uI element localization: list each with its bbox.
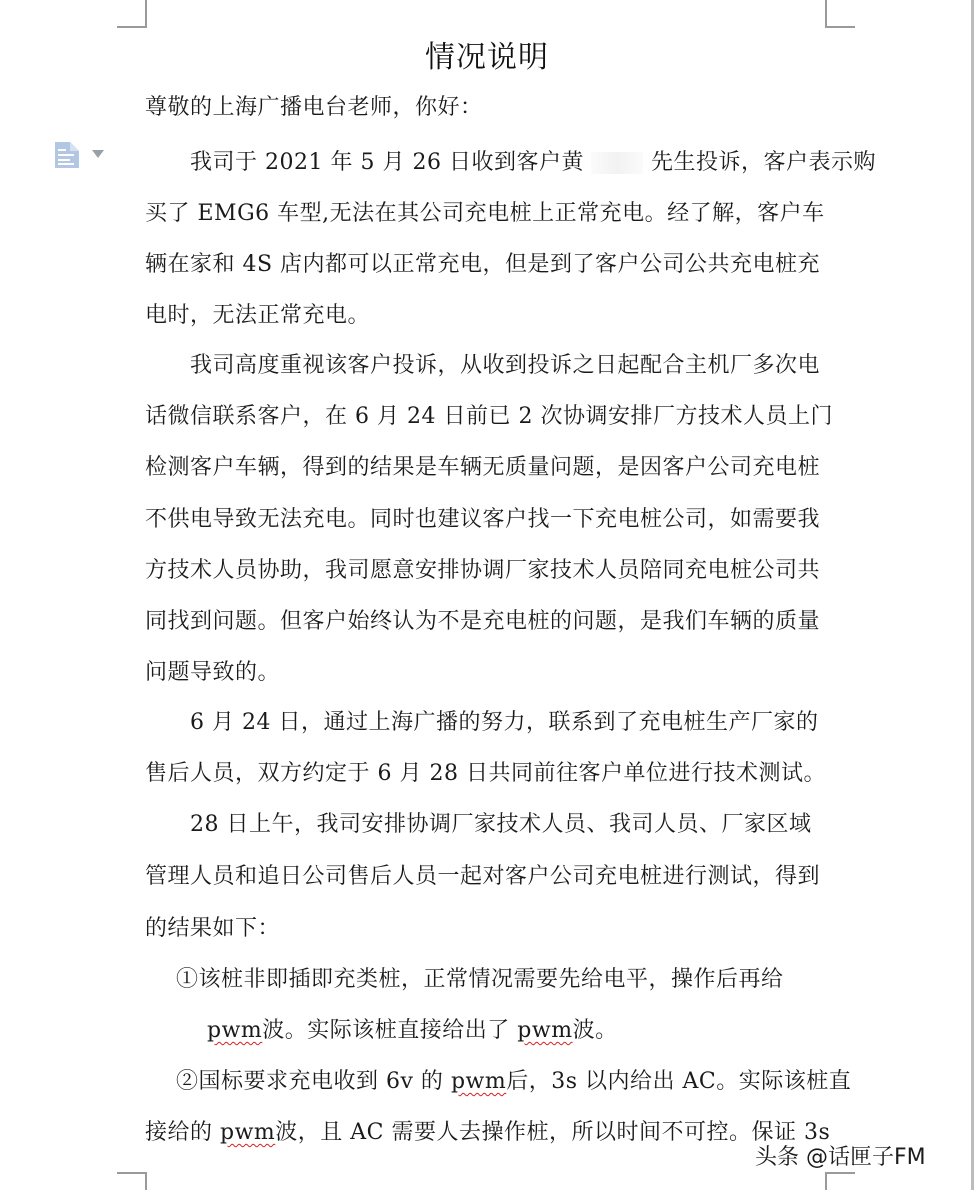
spellcheck-word[interactable]: pwm xyxy=(451,1069,506,1094)
spellcheck-word[interactable]: pwm xyxy=(517,1018,572,1043)
page-corner-mark-top-right xyxy=(825,0,855,28)
paragraph-line: 买了 EMG6 车型,无法在其公司充电桩上正常充电。经了解，客户车 xyxy=(145,196,825,227)
list-item-1-continued: pwm波。实际该桩直接给出了 pwm波。 xyxy=(207,1013,618,1044)
page-corner-mark-bottom-left xyxy=(117,1172,147,1190)
circled-number-2: ② xyxy=(176,1069,199,1094)
line-text: 波。实际该桩直接给出了 xyxy=(262,1018,510,1043)
list-item-2-continued: 接给的 pwm波，且 AC 需要人去操作桩，所以时间不可控。保证 3s xyxy=(145,1115,830,1146)
caret-down-icon[interactable] xyxy=(92,150,104,158)
circled-number-1: ① xyxy=(176,967,199,992)
paragraph-line: 我司高度重视该客户投诉，从收到投诉之日起配合主机厂多次电 xyxy=(190,348,820,379)
paragraph-line: 方技术人员协助，我司愿意安排协调厂家技术人员陪同充电桩公司共 xyxy=(145,553,820,584)
document-layout-icon[interactable] xyxy=(54,141,80,169)
line-text: 先生投诉，客户表示购 xyxy=(651,150,876,175)
page-corner-mark-bottom-right xyxy=(825,1172,855,1190)
redacted-name xyxy=(591,152,643,174)
paragraph-line: 辆在家和 4S 店内都可以正常充电，但是到了客户公司公共充电桩充 xyxy=(145,247,820,278)
spellcheck-word[interactable]: pwm xyxy=(220,1120,275,1145)
watermark: 头条 @话匣子FM xyxy=(755,1140,926,1171)
line-text: 国标要求充电收到 6v 的 xyxy=(199,1069,444,1094)
line-text: 后，3s 以内给出 AC。实际该桩直 xyxy=(506,1069,851,1094)
line-text: 接给的 xyxy=(145,1120,213,1145)
paragraph-line: 电时，无法正常充电。 xyxy=(145,298,370,329)
paragraph-line: 6 月 24 日，通过上海广播的努力，联系到了充电桩生产厂家的 xyxy=(190,705,818,736)
paragraph-line: 检测客户车辆，得到的结果是车辆无质量问题，是因客户公司充电桩 xyxy=(145,450,820,481)
list-item-2: ②国标要求充电收到 6v 的 pwm后，3s 以内给出 AC。实际该桩直 xyxy=(176,1064,851,1095)
greeting: 尊敬的上海广播电台老师，你好： xyxy=(145,90,483,121)
page-corner-mark-top-left xyxy=(117,0,147,28)
paragraph-line: 的结果如下： xyxy=(145,911,280,942)
spellcheck-word[interactable]: pwm xyxy=(207,1018,262,1043)
paragraph-line: 售后人员，双方约定于 6 月 28 日共同前往客户单位进行技术测试。 xyxy=(145,756,826,787)
list-item-1: ①该桩非即插即充类桩，正常情况需要先给电平，操作后再给 xyxy=(176,962,784,993)
paragraph-line: 问题导致的。 xyxy=(145,655,280,686)
line-text: 我司于 2021 年 5 月 26 日收到客户黄 xyxy=(190,150,584,175)
paragraph-line: 话微信联系客户，在 6 月 24 日前已 2 次协调安排厂方技术人员上门 xyxy=(145,399,833,430)
line-text: 波。 xyxy=(573,1018,618,1043)
document-title: 情况说明 xyxy=(0,32,974,76)
line-text: 波，且 AC 需要人去操作桩，所以时间不可控。保证 3s xyxy=(275,1120,830,1145)
paragraph-line: 管理人员和追日公司售后人员一起对客户公司充电桩进行测试，得到 xyxy=(145,859,820,890)
paragraph-line: 我司于 2021 年 5 月 26 日收到客户黄 先生投诉，客户表示购 xyxy=(190,145,876,176)
paragraph-line: 不供电导致无法充电。同时也建议客户找一下充电桩公司，如需要我 xyxy=(145,502,820,533)
paragraph-line: 28 日上午，我司安排协调厂家技术人员、我司人员、厂家区域 xyxy=(190,807,812,838)
paragraph-line: 同找到问题。但客户始终认为不是充电桩的问题，是我们车辆的质量 xyxy=(145,604,820,635)
line-text: 该桩非即插即充类桩，正常情况需要先给电平，操作后再给 xyxy=(199,967,784,992)
